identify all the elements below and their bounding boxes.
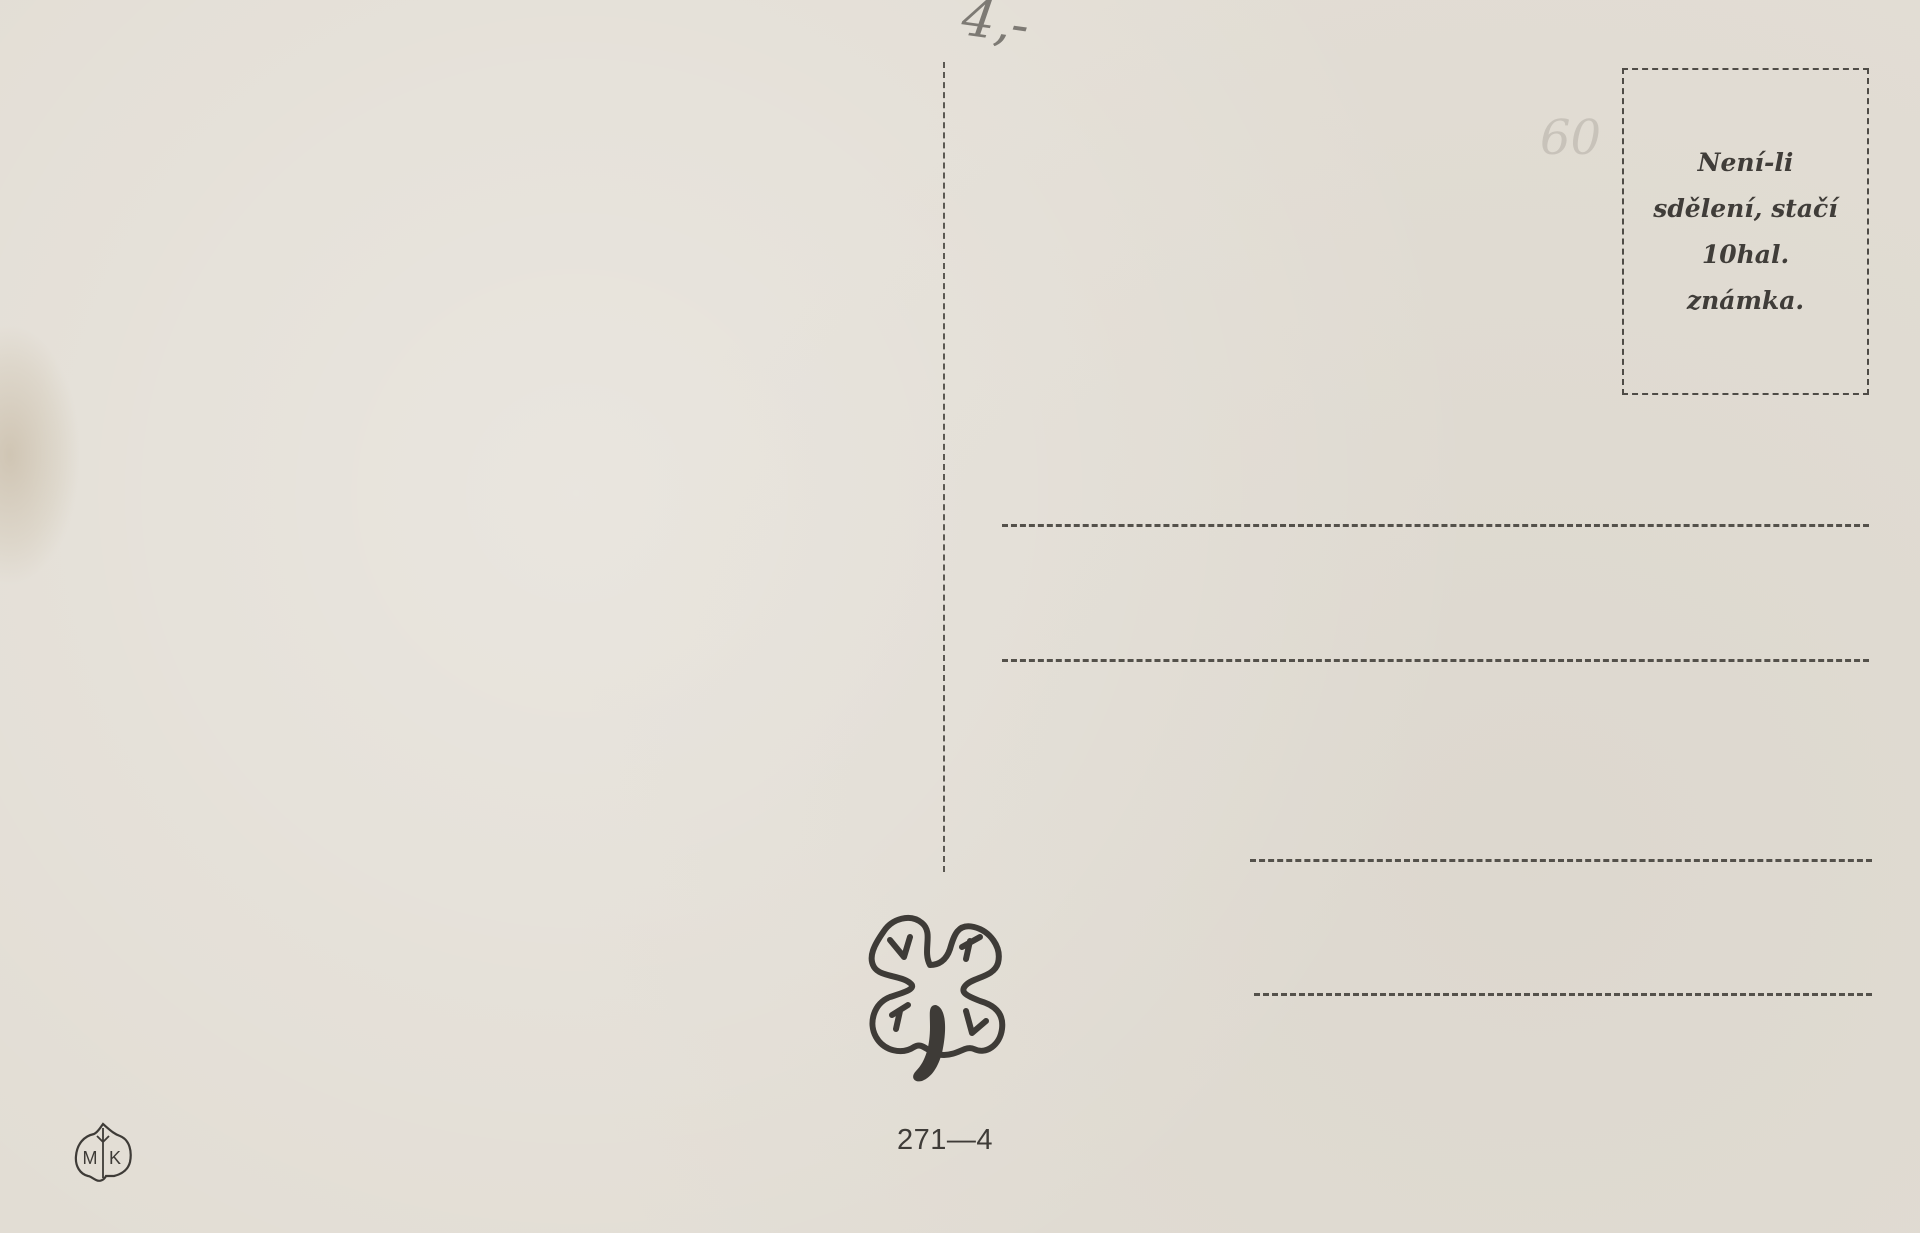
svg-text:K: K	[109, 1148, 121, 1168]
address-line-2	[1002, 659, 1869, 662]
stamp-instruction: Není-li sdělení, stačí 10hal. známka.	[1653, 140, 1838, 324]
stamp-line-4: známka.	[1653, 278, 1838, 324]
stamp-box: Není-li sdělení, stačí 10hal. známka.	[1622, 68, 1869, 395]
four-leaf-clover-icon	[862, 905, 1012, 1087]
address-line-4	[1254, 993, 1872, 996]
faint-pencil-mark: 60	[1540, 110, 1601, 166]
message-address-divider	[943, 62, 945, 872]
serial-number: 271—4	[897, 1124, 993, 1157]
stamp-line-2: sdělení, stačí	[1653, 186, 1838, 232]
leaf-monogram-icon: M K	[70, 1120, 136, 1186]
postcard-back: 4,- 60 Není-li sdělení, stačí 10hal. zná…	[0, 0, 1920, 1233]
stamp-line-1: Není-li	[1653, 140, 1838, 186]
stamp-line-3: 10hal.	[1653, 232, 1838, 278]
svg-text:M: M	[83, 1148, 98, 1168]
address-line-3	[1250, 859, 1872, 862]
address-line-1	[1002, 524, 1869, 527]
handwritten-price-note: 4,-	[958, 0, 1033, 56]
